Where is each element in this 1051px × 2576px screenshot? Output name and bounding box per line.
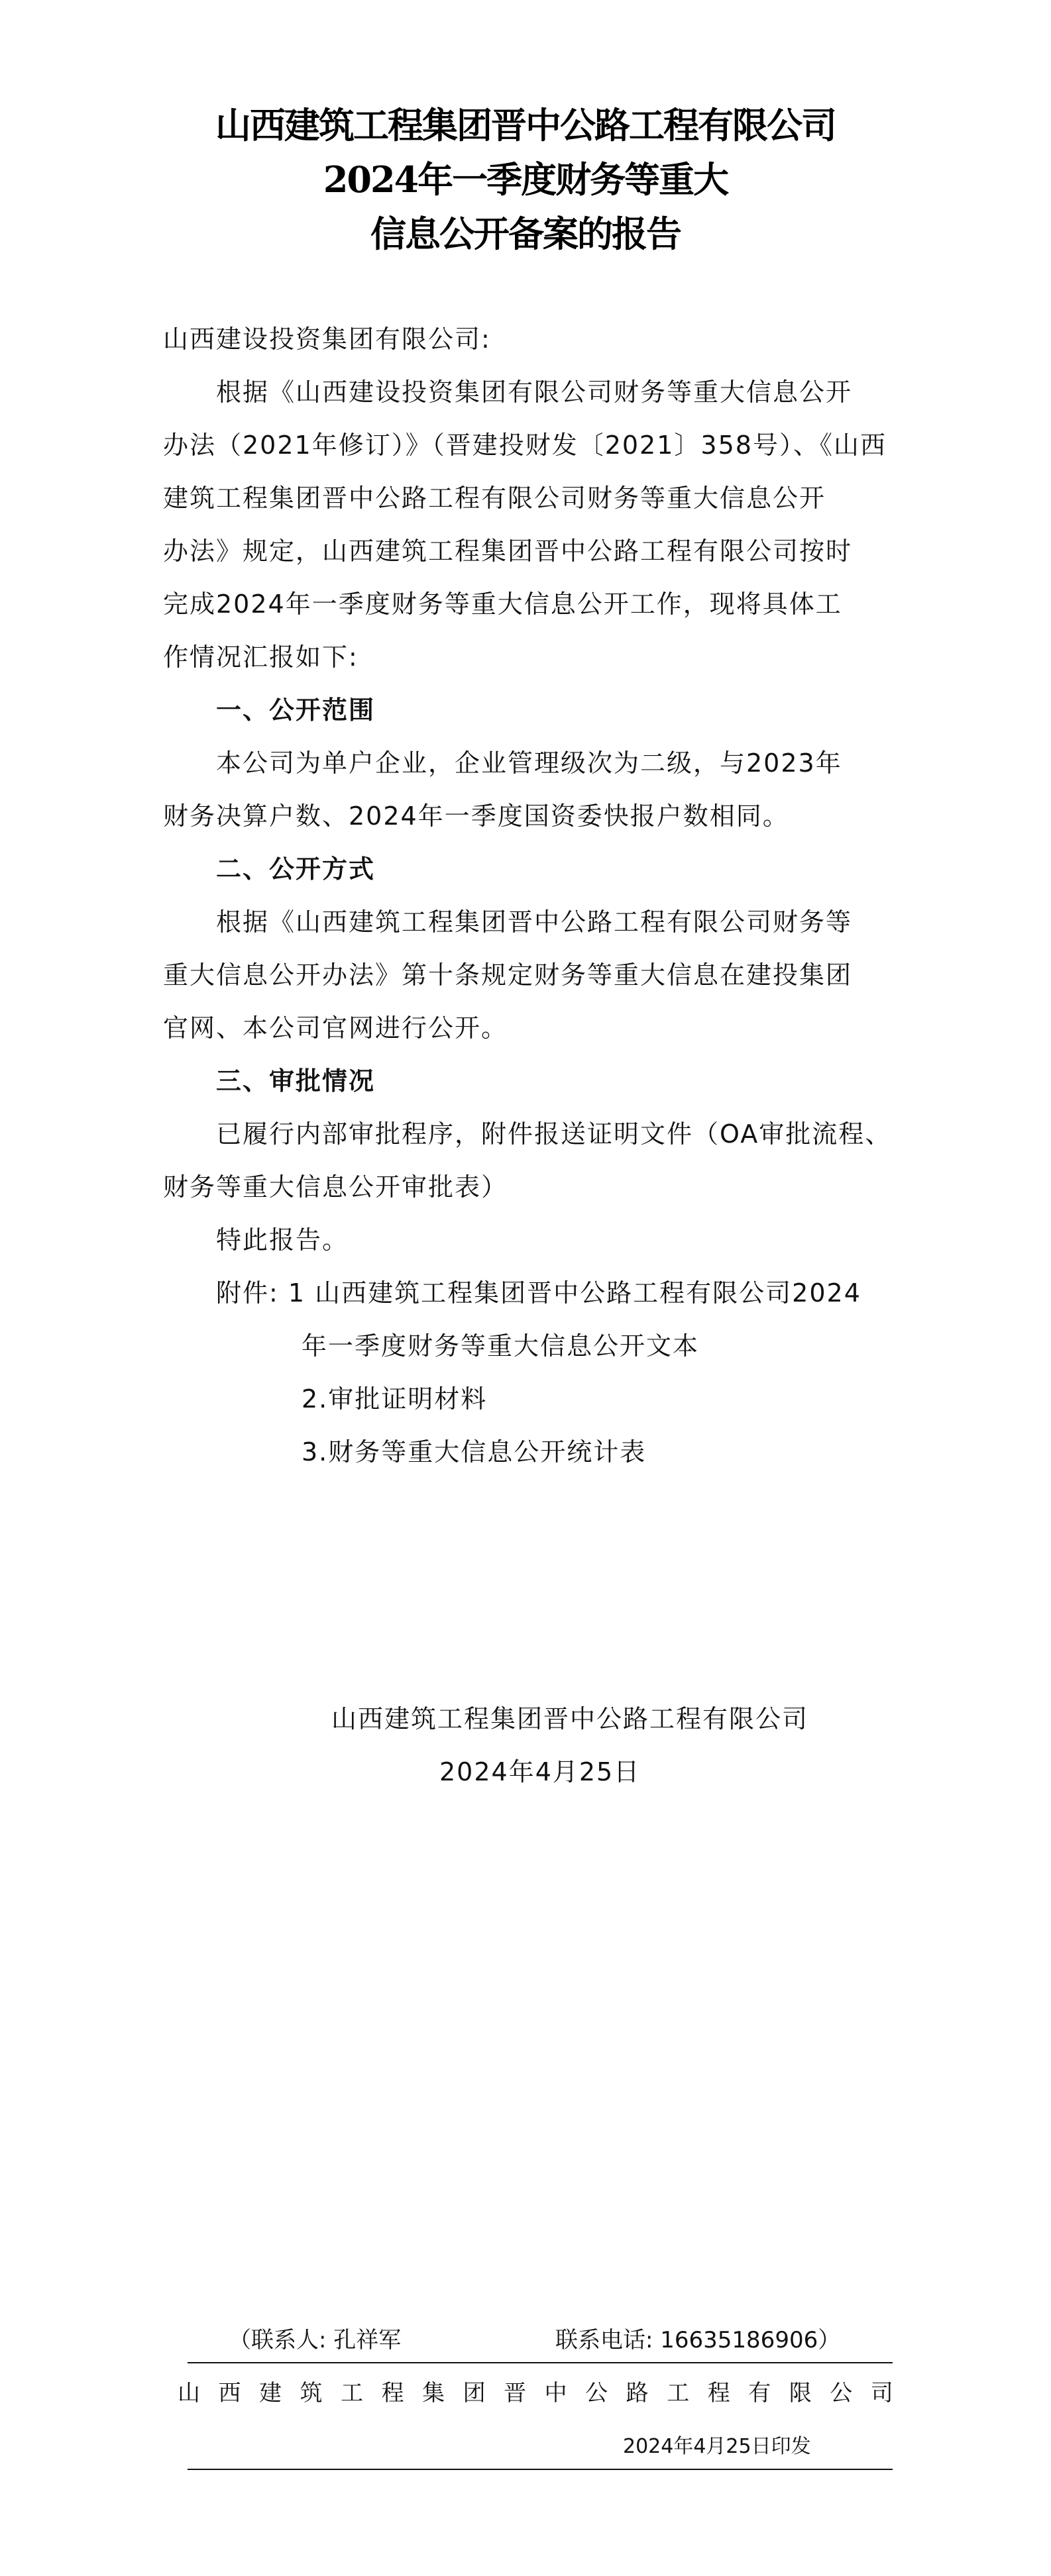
title-line-2: 2024年一季度财务等重大 bbox=[0, 152, 1051, 207]
document-body: 山西建设投资集团有限公司: 根据《山西建设投资集团有限公司财务等重大信息公开 办… bbox=[163, 313, 889, 1478]
section-paragraph-method: 根据《山西建筑工程集团晋中公路工程有限公司财务等 重大信息公开办法》第十条规定财… bbox=[163, 896, 889, 1055]
section-heading-scope: 一、公开范围 bbox=[163, 684, 889, 737]
signature-company: 山西建筑工程集团晋中公路工程有限公司 bbox=[331, 1692, 808, 1745]
footer-company-char: 公 bbox=[830, 2377, 852, 2410]
footer-issue-date: 2024年4月25日印发 bbox=[623, 2432, 811, 2461]
document-page: 山西建筑工程集团晋中公路工程有限公司 2024年一季度财务等重大 信息公开备案的… bbox=[0, 0, 1051, 2576]
footer-company-char: 司 bbox=[871, 2377, 893, 2410]
attachments-label: 附件: bbox=[216, 1278, 279, 1308]
footer-company-char: 程 bbox=[708, 2377, 730, 2410]
footer-divider-top bbox=[188, 2362, 893, 2363]
footer-company-char: 工 bbox=[667, 2377, 689, 2410]
footer-company-char: 晋 bbox=[504, 2377, 526, 2410]
title-line-3: 信息公开备案的报告 bbox=[0, 207, 1051, 261]
footer-company-char: 西 bbox=[219, 2377, 241, 2410]
section-heading-method: 二、公开方式 bbox=[163, 843, 889, 896]
footer-company: 山西建筑工程集团晋中公路工程有限公司 bbox=[178, 2377, 893, 2410]
footer-company-char: 团 bbox=[463, 2377, 486, 2410]
footer-company-char: 程 bbox=[382, 2377, 404, 2410]
intro-paragraph: 根据《山西建设投资集团有限公司财务等重大信息公开 办法（2021年修订）》（晋建… bbox=[163, 366, 889, 684]
attachment-item-1-continued: 年一季度财务等重大信息公开文本 bbox=[163, 1319, 889, 1372]
footer-contact: （联系人: 孔祥军 联系电话: 16635186906） bbox=[229, 2324, 891, 2357]
document-title: 山西建筑工程集团晋中公路工程有限公司 2024年一季度财务等重大 信息公开备案的… bbox=[0, 98, 1051, 261]
closing-text: 特此报告。 bbox=[163, 1213, 889, 1266]
contact-phone: 联系电话: 16635186906） bbox=[555, 2324, 840, 2357]
footer-company-char: 限 bbox=[789, 2377, 812, 2410]
footer-company-char: 有 bbox=[748, 2377, 771, 2410]
footer-company-char: 筑 bbox=[300, 2377, 323, 2410]
footer-company-char: 公 bbox=[585, 2377, 608, 2410]
attachment-item-1: 附件: 1 山西建筑工程集团晋中公路工程有限公司2024 bbox=[163, 1266, 889, 1319]
footer-company-char: 中 bbox=[545, 2377, 567, 2410]
attachment-item-2: 2.审批证明材料 bbox=[163, 1372, 889, 1425]
section-heading-approval: 三、审批情况 bbox=[163, 1055, 889, 1108]
footer-company-char: 山 bbox=[178, 2377, 200, 2410]
salutation: 山西建设投资集团有限公司: bbox=[163, 313, 889, 366]
section-paragraph-approval: 已履行内部审批程序，附件报送证明文件（OA审批流程、 财务等重大信息公开审批表） bbox=[163, 1108, 889, 1213]
signature-date: 2024年4月25日 bbox=[439, 1745, 640, 1798]
title-line-1: 山西建筑工程集团晋中公路工程有限公司 bbox=[0, 98, 1051, 152]
attachments-list: 附件: 1 山西建筑工程集团晋中公路工程有限公司2024 年一季度财务等重大信息… bbox=[163, 1266, 889, 1478]
section-paragraph-scope: 本公司为单户企业，企业管理级次为二级，与2023年 财务决算户数、2024年一季… bbox=[163, 737, 889, 843]
footer-company-char: 集 bbox=[422, 2377, 445, 2410]
footer-company-char: 工 bbox=[341, 2377, 363, 2410]
footer-company-char: 建 bbox=[259, 2377, 282, 2410]
footer-divider-bottom bbox=[188, 2469, 893, 2470]
footer-company-char: 路 bbox=[626, 2377, 649, 2410]
contact-person: （联系人: 孔祥军 bbox=[229, 2327, 401, 2353]
attachment-item-3: 3.财务等重大信息公开统计表 bbox=[163, 1425, 889, 1478]
